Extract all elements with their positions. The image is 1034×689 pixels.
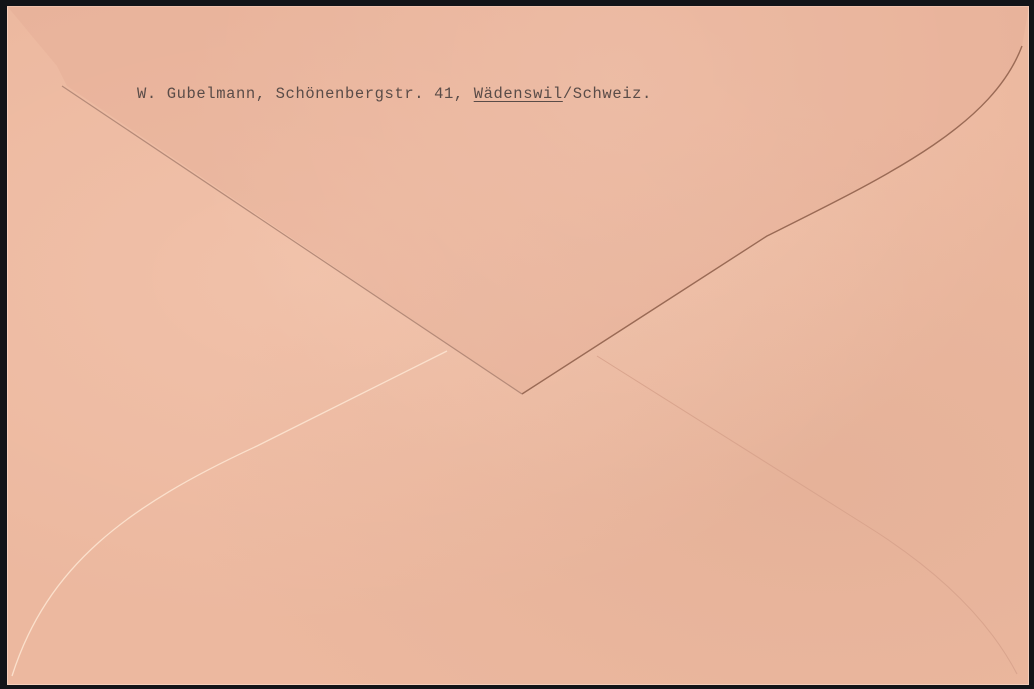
sender-city: Wädenswil <box>474 85 563 103</box>
sender-name: W. Gubelmann, <box>137 85 266 103</box>
envelope-flap-lines <box>7 6 1029 685</box>
address-separator: / <box>563 85 573 103</box>
bottom-flap-right-edge <box>597 356 1017 674</box>
envelope-back: W. Gubelmann, Schönenbergstr. 41, Wädens… <box>7 6 1029 685</box>
sender-country: Schweiz. <box>573 85 652 103</box>
bottom-flap-left-edge <box>12 351 447 676</box>
return-address: W. Gubelmann, Schönenbergstr. 41, Wädens… <box>137 85 652 103</box>
sender-street: Schönenbergstr. 41, <box>276 85 464 103</box>
